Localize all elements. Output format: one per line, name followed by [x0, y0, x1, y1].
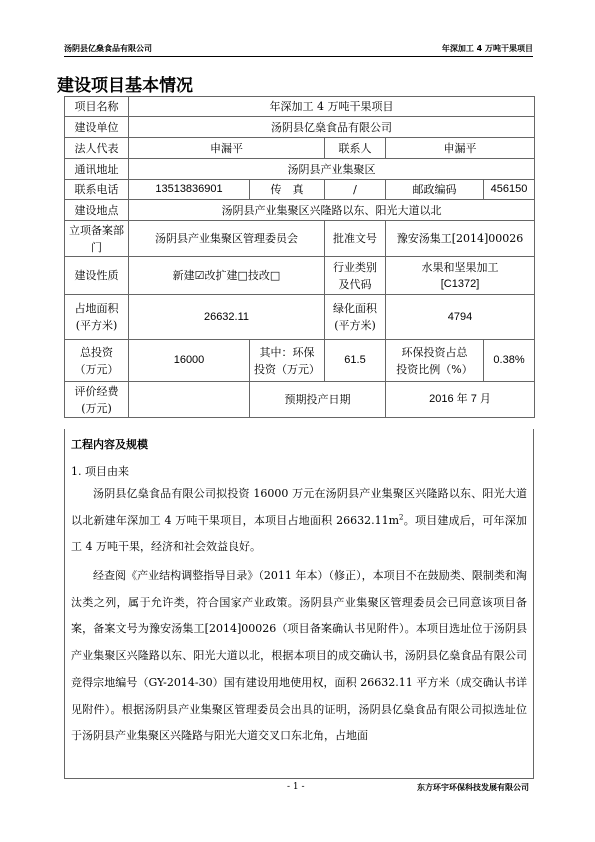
table-row: 总投资 （万元） 16000 其中：环保 投资（万元） 61.5 环保投资占总 …: [65, 340, 535, 382]
table-row: 项目名称 年深加工 4 万吨干果项目: [65, 97, 535, 117]
page-title: 建设项目基本情况: [57, 71, 193, 96]
industry-label-line1: 行业类别: [327, 259, 383, 276]
total-inv-label: 总投资 （万元）: [65, 340, 129, 382]
industry-code: [C1372]: [388, 276, 532, 293]
land-area-label-line1: 占地面积: [67, 300, 126, 317]
industry-label: 行业类别 及代码: [325, 257, 386, 295]
nature-value: 新建☑改扩建□技改□: [129, 257, 325, 295]
industry-value: 水果和坚果加工 [C1372]: [386, 257, 535, 295]
green-area-label-line1: 绿化面积: [327, 300, 383, 317]
filing-dept-label: 立项备案部门: [65, 221, 129, 257]
legal-rep-value: 申漏平: [129, 138, 325, 159]
table-row: 法人代表 申漏平 联系人 申漏平: [65, 138, 535, 159]
paragraph-1: 汤阴县亿燊食品有限公司拟投资 16000 万元在汤阴县产业集聚区兴隆路以东、阳光…: [71, 481, 527, 561]
project-name-value: 年深加工 4 万吨干果项目: [129, 97, 535, 117]
table-row: 建设单位 汤阴县亿燊食品有限公司: [65, 117, 535, 138]
env-inv-label-line2: 投资（万元）: [252, 361, 322, 378]
env-inv-value: 61.5: [325, 340, 386, 382]
address-label: 通讯地址: [65, 159, 129, 180]
eval-fee-label: 评价经费 (万元): [65, 382, 129, 418]
total-inv-label-line1: 总投资: [67, 344, 126, 361]
paragraph-2: 经查阅《产业结构调整指导目录》（2011 年本）（修正），本项目不在鼓励类、限制…: [71, 563, 527, 750]
start-date-value: 2016 年 7 月: [386, 382, 535, 418]
table-row: 建设性质 新建☑改扩建□技改□ 行业类别 及代码 水果和坚果加工 [C1372]: [65, 257, 535, 295]
total-inv-label-line2: （万元）: [67, 361, 126, 378]
legal-rep-label: 法人代表: [65, 138, 129, 159]
table-row: 评价经费 (万元) 预期投产日期 2016 年 7 月: [65, 382, 535, 418]
env-ratio-label: 环保投资占总 投资比例（%）: [386, 340, 484, 382]
eval-fee-label-line1: 评价经费: [67, 383, 126, 400]
land-area-label: 占地面积 (平方米): [65, 295, 129, 340]
env-ratio-label-line2: 投资比例（%）: [388, 361, 481, 378]
green-area-value: 4794: [386, 295, 535, 340]
builder-label: 建设单位: [65, 117, 129, 138]
header-project: 年深加工 4 万吨干果项目: [442, 43, 533, 54]
start-date-label: 预期投产日期: [250, 382, 386, 418]
filing-dept-value: 汤阴县产业集聚区管理委员会: [129, 221, 325, 257]
approval-no-label: 批准文号: [325, 221, 386, 257]
nature-label: 建设性质: [65, 257, 129, 295]
phone-label: 联系电话: [65, 180, 129, 200]
project-name-label: 项目名称: [65, 97, 129, 117]
section-title: 工程内容及规模: [71, 436, 148, 452]
page-number: - 1 -: [287, 782, 305, 792]
green-area-label-line2: (平方米): [327, 317, 383, 334]
site-label: 建设地点: [65, 200, 129, 221]
eval-fee-label-line2: (万元): [67, 400, 126, 417]
env-ratio-value: 0.38%: [484, 340, 535, 382]
page-header: 汤阴县亿燊食品有限公司 年深加工 4 万吨干果项目: [64, 40, 533, 57]
postcode-value: 456150: [484, 180, 535, 200]
subsection-title: 1. 项目由来: [71, 463, 129, 479]
site-value: 汤阴县产业集聚区兴隆路以东、阳光大道以北: [129, 200, 535, 221]
eval-fee-value: [129, 382, 250, 418]
table-row: 通讯地址 汤阴县产业集聚区: [65, 159, 535, 180]
footer-company: 东方环宇环保科技发展有限公司: [417, 782, 529, 793]
table-row: 联系电话 13513836901 传 真 / 邮政编码 456150: [65, 180, 535, 200]
industry-value-line1: 水果和坚果加工: [388, 259, 532, 276]
env-inv-label: 其中：环保 投资（万元）: [250, 340, 325, 382]
address-value: 汤阴县产业集聚区: [129, 159, 535, 180]
fax-label: 传 真: [250, 180, 325, 200]
contact-label: 联系人: [325, 138, 386, 159]
builder-value: 汤阴县亿燊食品有限公司: [129, 117, 535, 138]
table-row: 立项备案部门 汤阴县产业集聚区管理委员会 批准文号 豫安汤集工[2014]000…: [65, 221, 535, 257]
table-row: 占地面积 (平方米) 26632.11 绿化面积 (平方米) 4794: [65, 295, 535, 340]
header-company: 汤阴县亿燊食品有限公司: [64, 43, 152, 54]
table-row: 建设地点 汤阴县产业集聚区兴隆路以东、阳光大道以北: [65, 200, 535, 221]
green-area-label: 绿化面积 (平方米): [325, 295, 386, 340]
approval-no-value: 豫安汤集工[2014]00026: [386, 221, 535, 257]
land-area-value: 26632.11: [129, 295, 325, 340]
fax-value: /: [325, 180, 386, 200]
project-content-box: 工程内容及规模 1. 项目由来 汤阴县亿燊食品有限公司拟投资 16000 万元在…: [64, 429, 534, 779]
contact-value: 申漏平: [386, 138, 535, 159]
industry-label-line2: 及代码: [327, 276, 383, 293]
project-info-table: 项目名称 年深加工 4 万吨干果项目 建设单位 汤阴县亿燊食品有限公司 法人代表…: [64, 96, 535, 418]
phone-value: 13513836901: [129, 180, 250, 200]
env-ratio-label-line1: 环保投资占总: [388, 344, 481, 361]
postcode-label: 邮政编码: [386, 180, 484, 200]
total-inv-value: 16000: [129, 340, 250, 382]
land-area-label-line2: (平方米): [67, 317, 126, 334]
env-inv-label-line1: 其中：环保: [252, 344, 322, 361]
